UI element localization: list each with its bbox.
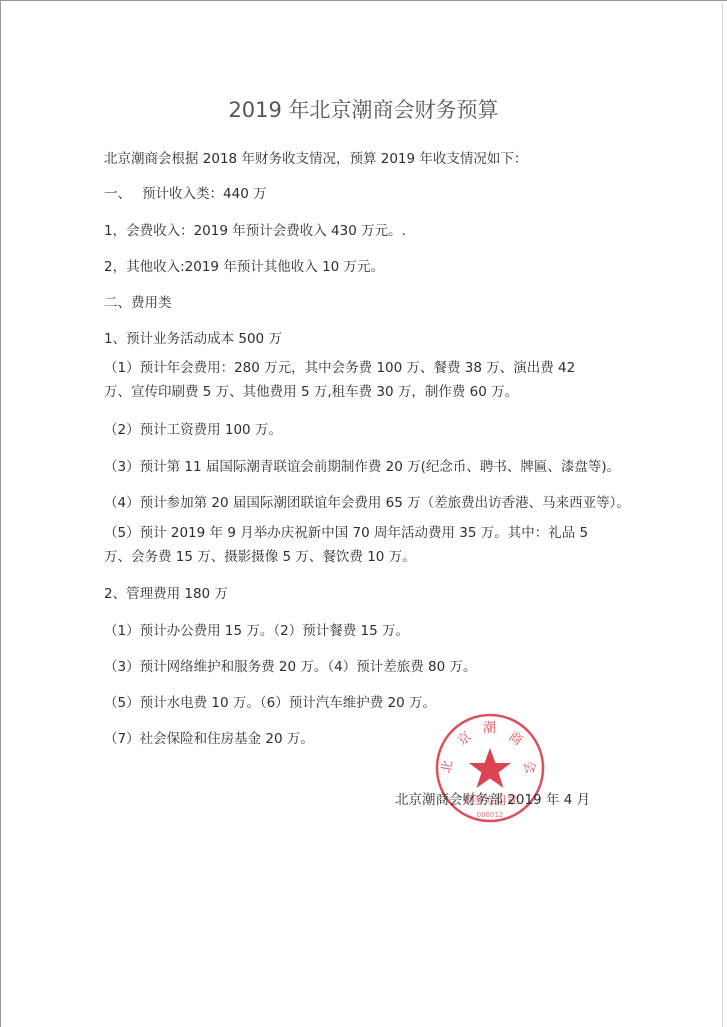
section1-heading: 一、 预计收入类：440 万: [104, 182, 267, 202]
management-cost-item-3: （5）预计水电费 10 万。（6）预计汽车维护费 20 万。: [104, 691, 436, 711]
intro-paragraph: 北京潮商会根据 2018 年财务收支情况，预算 2019 年收支情况如下：: [104, 147, 527, 167]
section2-heading: 二、费用类: [104, 291, 172, 311]
business-cost-item-3: （3）预计第 11 届国际潮青联谊会前期制作费 20 万(纪念币、聘书、牌匾、漆…: [104, 455, 620, 475]
business-cost-item-1: （1）预计年会费用：280 万元，其中会务费 100 万、餐费 38 万、演出费…: [104, 356, 604, 404]
management-cost-item-2: （3）预计网络维护和服务费 20 万。（4）预计差旅费 80 万。: [104, 655, 476, 675]
management-cost-item-4: （7）社会保险和住房基金 20 万。: [104, 727, 314, 747]
income-item-2: 2，其他收入:2019 年预计其他收入 10 万元。: [104, 255, 384, 275]
svg-text:京: 京: [454, 728, 474, 749]
management-cost-item-1: （1）预计办公费用 15 万。（2）预计餐费 15 万。: [104, 619, 409, 639]
svg-text:商: 商: [506, 728, 526, 749]
page-border-right: [722, 3, 723, 1027]
svg-text:北: 北: [439, 759, 456, 774]
svg-text:潮: 潮: [483, 720, 496, 736]
svg-text:000012: 000012: [477, 811, 504, 819]
business-cost-item-4: （4）预计参加第 20 届国际潮团联谊年会费用 65 万（差旅费出访香港、马来西…: [104, 491, 630, 511]
page-border-left: [0, 0, 1, 1027]
page-border-top: [0, 0, 727, 1]
management-cost-heading: 2、管理费用 180 万: [104, 582, 228, 602]
svg-text:会: 会: [520, 759, 538, 775]
business-cost-item-2: （2）预计工资费用 100 万。: [104, 418, 282, 438]
signature-line: 北京潮商会财务部 2019 年 4 月: [395, 788, 590, 808]
business-cost-item-5: （5）预计 2019 年 9 月举办庆祝新中国 70 周年活动费用 35 万。其…: [104, 521, 604, 569]
document-title: 2019 年北京潮商会财务预算: [0, 94, 727, 124]
income-item-1: 1，会费收入：2019 年预计会费收入 430 万元。.: [104, 219, 406, 239]
business-cost-heading: 1、预计业务活动成本 500 万: [104, 327, 282, 347]
